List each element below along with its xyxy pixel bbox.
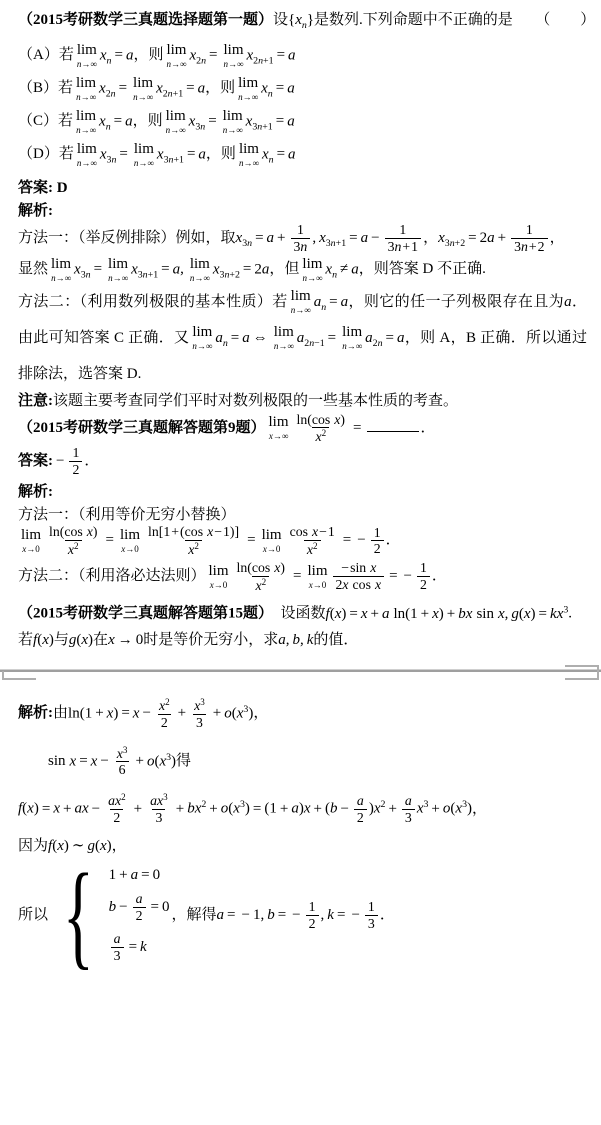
fraction: ax33 bbox=[147, 792, 171, 826]
limit: limn→∞ bbox=[77, 43, 97, 69]
fraction: x36 bbox=[114, 745, 131, 779]
question15-step3: f(x)=x+ax−ax22+ax33+bx2+o(x3)=(1+a)x+(b−… bbox=[18, 792, 587, 826]
page-break bbox=[0, 661, 601, 681]
formula: limn→∞x2n=limn→∞x2n+1=a bbox=[73, 76, 205, 102]
formula: a,b,k bbox=[278, 632, 313, 648]
formula: limx→0ln(cosx)x2=limx→0−sinx2xcosx=−12 bbox=[206, 560, 432, 594]
fraction: ln(cosx)x2 bbox=[46, 524, 101, 558]
text-run: 在 bbox=[93, 632, 108, 648]
text-run: ． bbox=[84, 449, 99, 470]
question9-method1-label: 方法一：（利用等价无穷小替换） bbox=[18, 503, 587, 524]
formula: limn→∞x3n=limn→∞x3n+1=a bbox=[74, 142, 206, 168]
formula: −12 bbox=[53, 445, 84, 478]
bold-text: 注意: bbox=[18, 389, 53, 410]
text-run: ，则答案 D 不正确. bbox=[359, 257, 486, 278]
limit: limn→∞ bbox=[223, 109, 243, 135]
question9-answer: 答案: −12． bbox=[18, 445, 587, 478]
formula: limn→∞xn=a bbox=[73, 109, 133, 135]
fraction: ln[1+(cosx−1)]x2 bbox=[145, 524, 242, 558]
question1-method1-line1: 方法一：（举反例排除）例如，取x3n=a+13n,x3n+1=a−13n+1，x… bbox=[18, 222, 587, 255]
limit: limn→∞ bbox=[302, 257, 322, 283]
text-run: ， bbox=[423, 226, 438, 247]
bold-text: 答案: D bbox=[18, 176, 68, 197]
limit: limn→∞ bbox=[76, 109, 96, 135]
fraction: 13n bbox=[291, 222, 311, 255]
formula: limn→∞xn=a bbox=[235, 76, 295, 102]
limit: limx→0 bbox=[209, 564, 229, 590]
text-run: （D）若 bbox=[18, 142, 74, 163]
limit: limn→∞ bbox=[51, 257, 71, 283]
question1-option-c: （C）若limn→∞xn=a，则limn→∞x3n=limn→∞x3n+1=a bbox=[18, 109, 587, 135]
question1-option-b: （B）若limn→∞x2n=limn→∞x2n+1=a，则limn→∞xn=a bbox=[18, 76, 587, 102]
bold-text: 解析: bbox=[18, 701, 53, 722]
text-run: 显然 bbox=[18, 257, 48, 278]
text-run: ，则 bbox=[205, 76, 235, 97]
formula: limx→0ln(cosx)x2=limx→0ln[1+(cosx−1)]x2=… bbox=[18, 524, 386, 558]
limit: limn→∞ bbox=[134, 142, 154, 168]
limit: limn→∞ bbox=[76, 76, 96, 102]
formula: x3n+2=2a+13n+2 bbox=[438, 222, 550, 255]
limit: limx→0 bbox=[21, 528, 41, 554]
question15-step4: 因为f(x)∼g(x)， bbox=[18, 834, 587, 855]
bold-text: （2015考研数学三真题解答题第9题） bbox=[18, 416, 266, 437]
text-run: ． bbox=[432, 564, 447, 585]
fraction: 12 bbox=[371, 525, 384, 558]
fraction: 12 bbox=[69, 445, 82, 478]
limit: limn→∞ bbox=[190, 257, 210, 283]
equation-system: {1+a=0b−a2=0a3=k bbox=[50, 867, 169, 963]
text-run: 方法二：（利用数列极限的基本性质）若 bbox=[18, 294, 288, 310]
limit: limn→∞ bbox=[291, 289, 311, 315]
answer-blank bbox=[367, 417, 419, 432]
text-run: 方法一：（利用等价无穷小替换） bbox=[18, 503, 236, 524]
formula: limn→∞x3n=limn→∞x3n+1=a,limn→∞x3n+2=2a bbox=[48, 257, 269, 283]
bold-text: 解析: bbox=[18, 199, 53, 220]
limit: limn→∞ bbox=[166, 43, 186, 69]
question1-analysis-label: 解析: bbox=[18, 199, 587, 220]
limit: limn→∞ bbox=[77, 142, 97, 168]
text-run: ，则它的任一子列极限存在且为 bbox=[348, 294, 564, 310]
question1-method2: 方法二：（利用数列极限的基本性质）若limn→∞an=a，则它的任一子列极限存在… bbox=[18, 287, 587, 389]
limit: limx→0 bbox=[262, 528, 282, 554]
fraction: a3 bbox=[111, 931, 124, 964]
fraction: 12 bbox=[417, 560, 430, 593]
question9-method2: 方法二：（利用洛必达法则）limx→0ln(cosx)x2=limx→0−sin… bbox=[18, 560, 587, 594]
limit: limx→0 bbox=[120, 528, 140, 554]
formula: limn→∞xn=a bbox=[236, 142, 296, 168]
formula: limn→∞an=a⇔limn→∞a2n−1=limn→∞a2n=a bbox=[189, 330, 404, 346]
text-run: ，但 bbox=[269, 257, 299, 278]
limit: limn→∞ bbox=[166, 109, 186, 135]
question1-note: 注意: 该题主要考查同学们平时对数列极限的一些基本性质的考查。 bbox=[18, 389, 587, 410]
formula: limn→∞x3n=limn→∞x3n+1=a bbox=[163, 109, 295, 135]
fraction: x33 bbox=[191, 697, 208, 731]
question1-answer: 答案: D bbox=[18, 176, 587, 197]
limit: limn→∞ bbox=[133, 76, 153, 102]
fraction: 13n+2 bbox=[511, 222, 548, 255]
bold-text: （2015考研数学三真题解答题第15题） bbox=[18, 606, 266, 622]
text-run: 是数列.下列命题中不正确的是 （ ） bbox=[314, 8, 595, 29]
limit: limn→∞ bbox=[342, 325, 362, 351]
bold-text: （2015考研数学三真题选择题第一题） bbox=[18, 8, 273, 29]
limit: limx→∞ bbox=[269, 415, 289, 441]
limit: limn→∞ bbox=[108, 257, 128, 283]
question9-method1-formula: limx→0ln(cosx)x2=limx→0ln[1+(cosx−1)]x2=… bbox=[18, 524, 587, 558]
brace: { bbox=[63, 868, 94, 962]
formula: f(x)=x+ax−ax22+ax33+bx2+o(x3)=(1+a)x+(b−… bbox=[18, 792, 472, 826]
bold-text: 解析: bbox=[18, 480, 53, 501]
text-run: 由 bbox=[53, 701, 68, 722]
formula: x3n=a+13n,x3n+1=a−13n+1 bbox=[236, 222, 424, 255]
text-run: ， bbox=[550, 226, 565, 247]
page-break-line bbox=[0, 669, 601, 672]
text-run: ． bbox=[386, 528, 401, 549]
text-run: 该题主要考查同学们平时对数列极限的一些基本性质的考查。 bbox=[53, 389, 458, 410]
limit: limx→0 bbox=[308, 564, 328, 590]
formula: a bbox=[564, 294, 572, 310]
page-break-right-tab bbox=[565, 665, 599, 680]
question1-option-a: （A）若limn→∞xn=a，则limn→∞x2n=limn→∞x2n+1=a bbox=[18, 43, 587, 69]
limit: limn→∞ bbox=[223, 43, 243, 69]
fraction: −sinx2xcosx bbox=[333, 560, 385, 593]
fraction: x22 bbox=[156, 697, 173, 731]
text-run: ， bbox=[253, 701, 268, 722]
limit: limn→∞ bbox=[274, 325, 294, 351]
question1-option-d: （D）若limn→∞x3n=limn→∞x3n+1=a，则limn→∞xn=a bbox=[18, 142, 587, 168]
equation-row: b−a2=0 bbox=[109, 891, 170, 924]
formula: limn→∞xn=a bbox=[74, 43, 134, 69]
bold-text: 答案: bbox=[18, 449, 53, 470]
formula: limn→∞xn≠a bbox=[299, 257, 358, 283]
fraction: a2 bbox=[133, 891, 146, 924]
formula: f(x) bbox=[33, 632, 54, 648]
page-break-left-tab bbox=[2, 671, 36, 680]
formula: {xn} bbox=[288, 12, 314, 31]
text-run: ， bbox=[472, 797, 487, 818]
question1-title: （2015考研数学三真题选择题第一题）设{xn}是数列.下列命题中不正确的是 （… bbox=[18, 8, 587, 31]
fraction: ln(cosx)x2 bbox=[294, 412, 349, 446]
equation-row: a3=k bbox=[109, 931, 147, 964]
text-run: ，则 bbox=[133, 109, 163, 130]
formula: limn→∞x2n=limn→∞x2n+1=a bbox=[163, 43, 295, 69]
question15-step1: 解析: 由ln(1+x)=x−x22+x33+o(x3)， bbox=[18, 697, 587, 731]
text-run: 与 bbox=[54, 632, 69, 648]
question15-step5: 所以{1+a=0b−a2=0a3=k，解得a=−1,b=−12,k=−13． bbox=[18, 867, 587, 963]
text-run: 方法一：（举反例排除）例如，取 bbox=[18, 226, 236, 247]
fraction: 12 bbox=[306, 899, 319, 932]
text-run: 方法二：（利用洛必达法则） bbox=[18, 564, 206, 585]
text-run: ． bbox=[380, 903, 395, 924]
fraction: ax22 bbox=[105, 792, 129, 826]
formula: ln(1+x)=x−x22+x33+o(x3) bbox=[68, 697, 253, 731]
formula: a=−1,b=−12,k=−13 bbox=[217, 899, 380, 932]
limit: limn→∞ bbox=[239, 142, 259, 168]
text-run: 所以 bbox=[18, 903, 48, 924]
fraction: 13n+1 bbox=[385, 222, 422, 255]
formula: limn→∞an=a bbox=[288, 294, 348, 310]
text-run: 得 bbox=[176, 749, 191, 770]
text-run: 设函数 bbox=[266, 606, 326, 622]
question9-title: （2015考研数学三真题解答题第9题）limx→∞ln(cosx)x2=． bbox=[18, 412, 587, 446]
formula: limx→∞ln(cosx)x2= bbox=[266, 412, 365, 446]
text-run: 时是等价无穷小，求 bbox=[143, 632, 278, 648]
formula: x→0 bbox=[108, 632, 143, 648]
text-run: 的值． bbox=[313, 632, 358, 648]
formula: sinx=x−x36+o(x3) bbox=[48, 745, 176, 779]
text-run: ，则 bbox=[206, 142, 236, 163]
document-page: （2015考研数学三真题选择题第一题）设{xn}是数列.下列命题中不正确的是 （… bbox=[0, 0, 601, 1125]
text-run: 因为 bbox=[18, 834, 48, 855]
equation-row: 1+a=0 bbox=[109, 867, 160, 884]
text-run: ． bbox=[421, 416, 436, 437]
text-run: ， bbox=[112, 834, 127, 855]
question1-method1-line2: 显然limn→∞x3n=limn→∞x3n+1=a,limn→∞x3n+2=2a… bbox=[18, 257, 587, 283]
fraction: a2 bbox=[354, 793, 367, 826]
text-run: 设 bbox=[273, 8, 288, 29]
fraction: a3 bbox=[402, 793, 415, 826]
formula: g(x) bbox=[69, 632, 93, 648]
text-run: （A）若 bbox=[18, 43, 74, 64]
formula: {1+a=0b−a2=0a3=k bbox=[48, 867, 171, 963]
limit: limn→∞ bbox=[192, 325, 212, 351]
question15-title: （2015考研数学三真题解答题第15题） 设函数f(x)=x+aln(1+x)+… bbox=[18, 597, 587, 652]
fraction: 13 bbox=[365, 899, 378, 932]
question15-step2: sinx=x−x36+o(x3)得 bbox=[18, 745, 587, 779]
text-run: ，解得 bbox=[172, 903, 217, 924]
limit: limn→∞ bbox=[238, 76, 258, 102]
text-run: ，则 bbox=[133, 43, 163, 64]
fraction: cosx−1x2 bbox=[287, 524, 338, 558]
fraction: ln(cosx)x2 bbox=[234, 560, 289, 594]
text-run: （C）若 bbox=[18, 109, 73, 130]
question9-analysis-label: 解析: bbox=[18, 480, 587, 501]
formula: f(x)=x+aln(1+x)+bxsinx,g(x)=kx3 bbox=[326, 606, 569, 622]
text-run: （B）若 bbox=[18, 76, 73, 97]
